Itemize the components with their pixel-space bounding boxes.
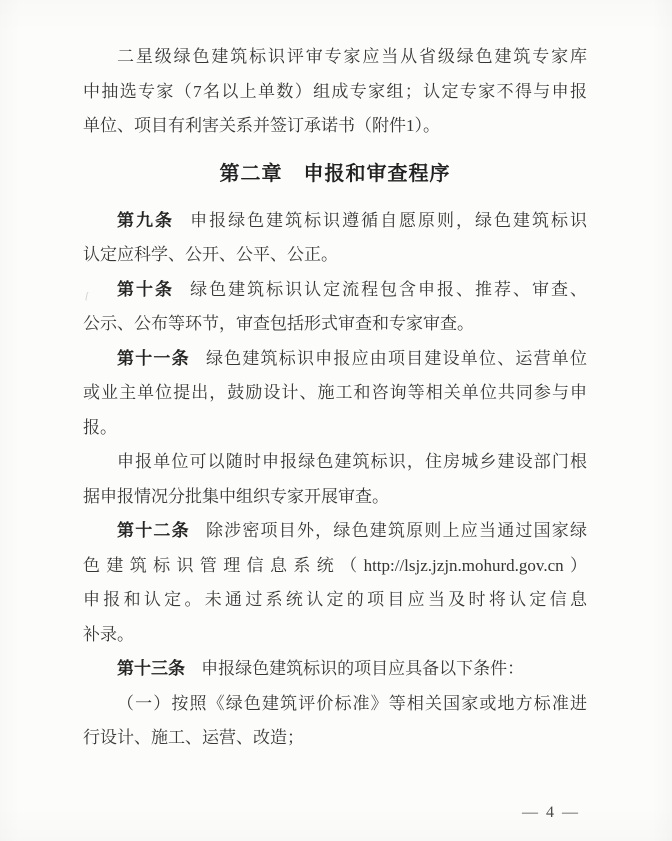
- article-9-label: 第九条: [117, 211, 174, 230]
- text-line: 中抽选专家（7名以上单数）组成专家组；认定专家不得与申报: [83, 75, 587, 110]
- text-line: 申报单位可以随时申报绿色建筑标识，住房城乡建设部门根: [83, 445, 587, 480]
- paragraph-article-9: 第九条申报绿色建筑标识遵循自愿原则，绿色建筑标识 认定应科学、公开、公平、公正。: [83, 204, 587, 273]
- paragraph-article-13: 第十三条申报绿色建筑标识的项目应具备以下条件：: [83, 652, 587, 687]
- document-body: 二星级绿色建筑标识评审专家应当从省级绿色建筑专家库 中抽选专家（7名以上单数）组…: [83, 40, 587, 756]
- text-line: 第十二条除涉密项目外，绿色建筑原则上应当通过国家绿: [83, 514, 587, 549]
- text-line: 第十三条申报绿色建筑标识的项目应具备以下条件：: [83, 652, 587, 687]
- article-12-label: 第十二条: [117, 521, 190, 540]
- article-11-label: 第十一条: [117, 349, 190, 368]
- paragraph-apply-anytime: 申报单位可以随时申报绿色建筑标识，住房城乡建设部门根 据申报情况分批集中组织专家…: [83, 445, 587, 514]
- text-line: 申报和认定。未通过系统认定的项目应当及时将认定信息: [83, 583, 587, 618]
- text-line: 补录。: [83, 618, 587, 653]
- text-line: 或业主单位提出，鼓励设计、施工和咨询等相关单位共同参与申: [83, 376, 587, 411]
- text-line: 行设计、施工、运营、改造；: [83, 721, 587, 756]
- text-line: 第十条绿色建筑标识认定流程包含申报、推荐、审查、: [83, 273, 587, 308]
- paragraph-condition-1: （一）按照《绿色建筑评价标准》等相关国家或地方标准进 行设计、施工、运营、改造；: [83, 687, 587, 756]
- page-number: — 4 —: [522, 804, 580, 822]
- paragraph-intro: 二星级绿色建筑标识评审专家应当从省级绿色建筑专家库 中抽选专家（7名以上单数）组…: [83, 40, 587, 144]
- text-line: 报。: [83, 411, 587, 446]
- text-run: 申报绿色建筑标识遵循自愿原则，绿色建筑标识: [190, 211, 587, 230]
- article-10-label: 第十条: [117, 280, 174, 299]
- text-line: 第九条申报绿色建筑标识遵循自愿原则，绿色建筑标识: [83, 204, 587, 239]
- text-line: 单位、项目有利害关系并签订承诺书（附件1）。: [83, 109, 587, 144]
- text-line: 据申报情况分批集中组织专家开展审查。: [83, 480, 587, 515]
- text-line: 二星级绿色建筑标识评审专家应当从省级绿色建筑专家库: [83, 40, 587, 75]
- text-line: 公示、公布等环节，审查包括形式审查和专家审查。: [83, 307, 587, 342]
- text-run: 除涉密项目外，绿色建筑原则上应当通过国家绿: [206, 521, 587, 540]
- text-line: 第十一条绿色建筑标识申报应由项目建设单位、运营单位: [83, 342, 587, 377]
- text-line: （一）按照《绿色建筑评价标准》等相关国家或地方标准进: [83, 687, 587, 722]
- text-line: 认定应科学、公开、公平、公正。: [83, 238, 587, 273]
- paragraph-article-10: 第十条绿色建筑标识认定流程包含申报、推荐、审查、 公示、公布等环节，审查包括形式…: [83, 273, 587, 342]
- paragraph-article-12: 第十二条除涉密项目外，绿色建筑原则上应当通过国家绿 色建筑标识管理信息系统（ht…: [83, 514, 587, 652]
- text-line-with-url: 色建筑标识管理信息系统（http://lsjz.jzjn.mohurd.gov.…: [83, 549, 587, 584]
- scanned-document-page: 二星级绿色建筑标识评审专家应当从省级绿色建筑专家库 中抽选专家（7名以上单数）组…: [0, 0, 672, 841]
- text-run: 绿色建筑标识认定流程包含申报、推荐、审查、: [190, 280, 587, 299]
- text-run: 申报绿色建筑标识的项目应具备以下条件：: [201, 659, 524, 678]
- text-run: 绿色建筑标识申报应由项目建设单位、运营单位: [206, 349, 587, 368]
- paragraph-article-11: 第十一条绿色建筑标识申报应由项目建设单位、运营单位 或业主单位提出，鼓励设计、施…: [83, 342, 587, 446]
- chapter-heading: 第二章 申报和审查程序: [83, 159, 587, 189]
- article-13-label: 第十三条: [117, 659, 185, 678]
